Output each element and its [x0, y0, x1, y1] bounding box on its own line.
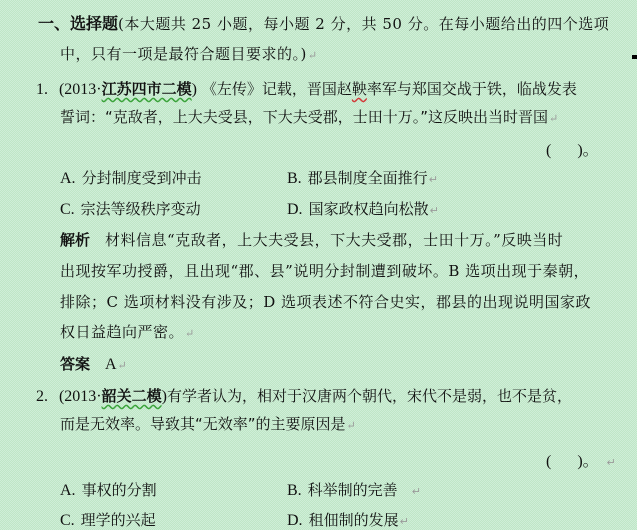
cursor-marker	[632, 55, 637, 59]
question-stem-line2: 誓词：“克敌者，上大夫受县，下大夫受郡，士田十万。”这反映出当时晋国	[60, 108, 548, 126]
option-letter: A.	[60, 482, 76, 499]
paragraph-mark-icon: ↵	[400, 515, 409, 528]
answer-label: 答案	[60, 355, 90, 373]
paragraph-mark-icon: ↵	[429, 173, 438, 186]
question-stem-misspelled-char: 鞅	[352, 80, 367, 98]
option-text: 租佃制的发展	[309, 511, 399, 529]
option-a[interactable]: A.事权的分割	[60, 480, 157, 501]
section-title: 一、选择题	[38, 14, 118, 33]
question-stem-line2: 而是无效率。导致其“无效率”的主要原因是	[60, 415, 346, 433]
blank-close: )。	[577, 453, 598, 470]
option-letter: D.	[287, 512, 303, 529]
paragraph-mark-icon: ↵	[412, 485, 421, 498]
question-1-line1: 1. (2013·江苏四市二模) 《左传》记载，晋国赵鞅率军与郑国交战于铁，临战…	[36, 79, 577, 100]
question-2-line1: 2. (2013·韶关二模)有学者认为，相对于汉唐两个朝代，宋代不是弱，也不是贫…	[36, 386, 572, 407]
paragraph-mark-icon: ↵	[607, 457, 616, 469]
answer-value: A	[105, 356, 117, 373]
question-source-prefix: (2013·	[59, 81, 102, 98]
paragraph-mark-icon: ↵	[185, 327, 194, 340]
question-stem-line1b: 率军与郑国交战于铁，临战发表	[367, 80, 577, 98]
question-2-line2: 而是无效率。导致其“无效率”的主要原因是↵	[60, 414, 356, 436]
option-b[interactable]: B.科举制的完善↵	[287, 480, 421, 502]
answer-row: 答案 A↵	[60, 354, 127, 376]
section-instructions-line1: (本大题共 25 小题，每小题 2 分，共 50 分。在每小题给出的四个选项	[118, 15, 609, 33]
option-d[interactable]: D.国家政权趋向松散↵	[287, 199, 439, 221]
question-number: 2.	[36, 388, 48, 405]
option-text: 理学的兴起	[81, 511, 156, 529]
option-a[interactable]: A.分封制度受到冲击	[60, 168, 202, 189]
question-stem-line1a: 《左传》记载，晋国赵	[202, 80, 352, 98]
option-text: 国家政权趋向松散	[309, 200, 429, 218]
option-c[interactable]: C.理学的兴起	[60, 510, 156, 530]
paragraph-mark-icon: ↵	[118, 359, 127, 372]
question-stem-line1: 有学者认为，相对于汉唐两个朝代，宋代不是弱，也不是贫，	[167, 387, 572, 405]
question-1-line2: 誓词：“克敌者，上大夫受县，下大夫受郡，士田十万。”这反映出当时晋国↵	[60, 107, 558, 129]
analysis-text: 材料信息“克敌者，上大夫受县，下大夫受郡，士田十万。”反映当时	[105, 231, 563, 249]
analysis-text: 排除；C 选项材料没有涉及；D 选项表述不符合史实，郡县的出现说明国家政	[60, 293, 591, 311]
analysis-label: 解析	[60, 231, 90, 249]
section-heading: 一、选择题(本大题共 25 小题，每小题 2 分，共 50 分。在每小题给出的四…	[38, 14, 609, 34]
paragraph-mark-icon: ↵	[308, 49, 317, 62]
blank-open: (	[546, 453, 551, 470]
question-number: 1.	[36, 81, 48, 98]
question-source-suffix: )	[192, 81, 197, 98]
answer-blank: ()。	[546, 137, 599, 160]
option-letter: B.	[287, 482, 302, 499]
analysis-line2: 出现按军功授爵，且出现“郡、县”说明分封制遭到破坏。B 选项出现于秦朝，	[60, 261, 589, 281]
option-text: 事权的分割	[82, 481, 157, 499]
analysis-text: 权日益趋向严密。	[60, 323, 184, 341]
analysis-text: 出现按军功授爵，且出现“郡、县”说明分封制遭到破坏。B 选项出现于秦朝，	[60, 262, 589, 280]
option-text: 郡县制度全面推行	[308, 169, 428, 187]
analysis-line3: 排除；C 选项材料没有涉及；D 选项表述不符合史实，郡县的出现说明国家政	[60, 292, 591, 312]
analysis-line4: 权日益趋向严密。↵	[60, 322, 194, 344]
answer-blank: ()。↵	[546, 448, 616, 471]
option-text: 宗法等级秩序变动	[81, 200, 201, 218]
section-instructions-line2: 中，只有一项是最符合题目要求的。)	[60, 45, 307, 63]
section-instructions-line2-row: 中，只有一项是最符合题目要求的。)↵	[60, 44, 317, 66]
option-text: 分封制度受到冲击	[82, 169, 202, 187]
option-c[interactable]: C.宗法等级秩序变动	[60, 199, 201, 220]
option-text: 科举制的完善	[308, 481, 398, 499]
analysis-line1: 解析 材料信息“克敌者，上大夫受县，下大夫受郡，士田十万。”反映当时	[60, 230, 563, 250]
question-source: 江苏四市二模	[102, 80, 192, 98]
blank-close: )。	[577, 142, 598, 159]
option-b[interactable]: B.郡县制度全面推行↵	[287, 168, 438, 190]
option-letter: B.	[287, 170, 302, 187]
option-letter: A.	[60, 170, 76, 187]
blank-open: (	[546, 142, 551, 159]
option-d[interactable]: D.租佃制的发展↵	[287, 510, 409, 530]
question-source: 韶关二模	[102, 387, 162, 405]
paragraph-mark-icon: ↵	[347, 419, 356, 432]
option-letter: D.	[287, 201, 303, 218]
question-source-prefix: (2013·	[59, 388, 102, 405]
paragraph-mark-icon: ↵	[430, 204, 439, 217]
paragraph-mark-icon: ↵	[549, 112, 558, 125]
option-letter: C.	[60, 512, 75, 529]
option-letter: C.	[60, 201, 75, 218]
